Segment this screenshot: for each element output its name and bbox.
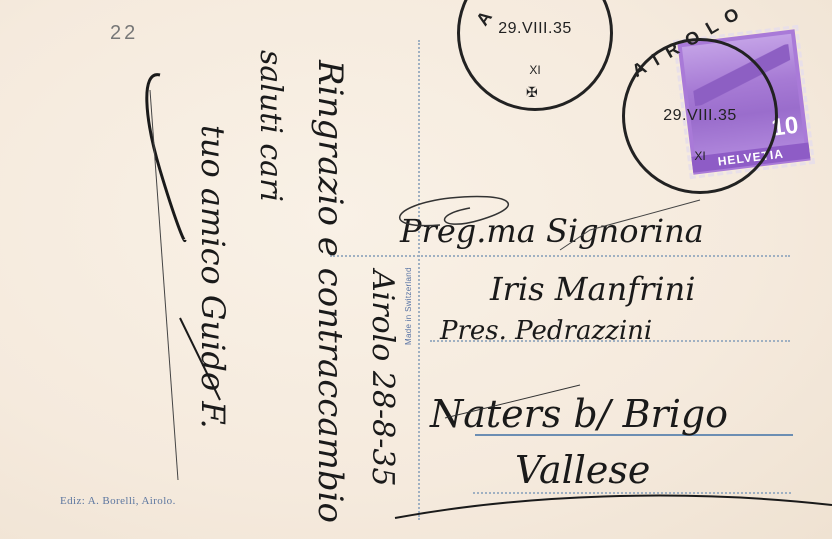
message-line-3: tuo amico Guido F. — [194, 125, 232, 429]
pencil-note: 22 — [110, 22, 138, 45]
swiss-cross-icon: ✠ — [526, 84, 538, 101]
postmark-2-code: XI — [625, 149, 775, 163]
address-line-1 — [330, 255, 790, 257]
postmark-1-date: 29.VIII.35 — [460, 20, 610, 38]
postmark-1-code: XI — [460, 63, 610, 77]
address-line-4 — [473, 492, 791, 494]
postcard-back: 22 Made in Switzerland Ringrazio e contr… — [0, 0, 832, 539]
publisher-credit: Ediz: A. Borelli, Airolo. — [60, 495, 176, 507]
message-line-2: saluti cari — [253, 50, 288, 202]
made-in-label: Made in Switzerland — [404, 267, 413, 345]
center-divider — [418, 40, 420, 520]
address-line-5-text: Vallese — [515, 448, 650, 492]
postmark-2: AIROLO 29.VIII.35 XI — [622, 38, 778, 194]
message-line-1: Ringrazio e contraccambio — [310, 60, 350, 523]
address-line-2-text: Iris Manfrini — [490, 270, 695, 308]
message-place-date: Airolo 28-8-35 — [365, 270, 400, 487]
address-line-4-text: Naters b/ Brigo — [430, 392, 728, 436]
address-line-1-text: Preg.ma Signorina — [400, 212, 704, 250]
postmark-2-date: 29.VIII.35 — [625, 107, 775, 125]
address-line-3-text: Pres. Pedrazzini — [440, 316, 652, 346]
postmark-1: A 29.VIII.35 XI ✠ — [457, 0, 613, 111]
